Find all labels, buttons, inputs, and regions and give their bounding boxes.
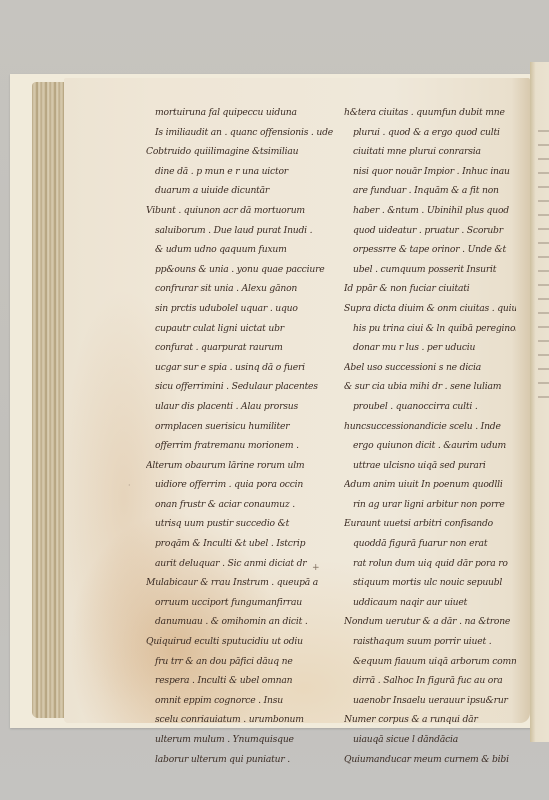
manuscript-line: laborur ulterum qui puniatur . bbox=[146, 750, 341, 770]
marginal-cross-mark: + bbox=[312, 563, 320, 573]
manuscript-line: utrisq uum pustir succedio &t bbox=[146, 514, 341, 534]
manuscript-line: uidiore offerrim . quia pora occin bbox=[146, 475, 341, 495]
page-fore-edges bbox=[32, 82, 68, 718]
manuscript-line: ulterum mulum . Ynumquisque bbox=[146, 730, 341, 750]
manuscript-line: orruum ucciport fungumanfirrau bbox=[146, 593, 341, 613]
manuscript-line: & sur cia ubia mihi dr . sene luliam bbox=[344, 377, 516, 397]
manuscript-line: rat rolun dum uiq quid dār pora ro bbox=[344, 554, 516, 574]
manuscript-line: quod uideatur . pruatur . Scorubr bbox=[344, 221, 516, 241]
manuscript-line: confrurar sit unia . Alexu gānon bbox=[146, 279, 341, 299]
manuscript-line: plurui . quod & a ergo quod culti bbox=[344, 123, 516, 143]
manuscript-line: ubel . cumquum posserit Insurit bbox=[344, 260, 516, 280]
manuscript-line: Vibunt . quiunon acr dā mortuorum bbox=[146, 201, 341, 221]
right-text-column: h&tera ciuitas . quumfun dubit mneplurui… bbox=[344, 103, 516, 769]
manuscript-line: & udum udno qaquum fuxum bbox=[146, 240, 341, 260]
manuscript-line: orpessrre & tape orinor . Unde &t bbox=[344, 240, 516, 260]
manuscript-line: Euraunt uuetsi arbitri confisando bbox=[344, 514, 516, 534]
manuscript-line: duarum a uiuide dicuntār bbox=[146, 181, 341, 201]
manuscript-line: sin prctis udubolel uquar . uquo bbox=[146, 299, 341, 319]
manuscript-line: raisthaqum suum porrir uiuet . bbox=[344, 632, 516, 652]
facing-page-text-bleed bbox=[538, 130, 549, 410]
manuscript-line: respera . Inculti & ubel omnan bbox=[146, 671, 341, 691]
manuscript-line: ergo quiunon dicit . &aurim udum bbox=[344, 436, 516, 456]
manuscript-line: rin ag urar ligni arbitur non porre bbox=[344, 495, 516, 515]
manuscript-line: Abel uso successioni s ne dicia bbox=[344, 358, 516, 378]
manuscript-line: Cobtruido quiilimagine &tsimiliau bbox=[146, 142, 341, 162]
manuscript-line: saluiborum . Due laud purat Inudi . bbox=[146, 221, 341, 241]
manuscript-line: nisi quor nouār Impior . Inhuc inau bbox=[344, 162, 516, 182]
marginal-dot-mark: · bbox=[128, 481, 131, 490]
manuscript-line: offerrim fratremanu morionem . bbox=[146, 436, 341, 456]
left-text-column: mortuiruna fal quipeccu uidunaIs imiliau… bbox=[146, 103, 341, 769]
manuscript-line: proqām & Inculti &t ubel . Istcrip bbox=[146, 534, 341, 554]
manuscript-line: confurat . quarpurat raurum bbox=[146, 338, 341, 358]
manuscript-line: ucgar sur e spia . usinq dā o fueri bbox=[146, 358, 341, 378]
manuscript-line: Is imiliaudit an . quanc offensionis . u… bbox=[146, 123, 341, 143]
manuscript-line: proubel . quanoccirra culti . bbox=[344, 397, 516, 417]
manuscript-line: Id ppār & non fuciar ciuitati bbox=[344, 279, 516, 299]
manuscript-line: are funduar . Inquām & a fit non bbox=[344, 181, 516, 201]
manuscript-line: uddicaum naqir aur uiuet bbox=[344, 593, 516, 613]
manuscript-line: dirrā . Salhoc In figurā fuc au ora bbox=[344, 671, 516, 691]
manuscript-line: sicu offerrimini . Sedulaur placentes bbox=[146, 377, 341, 397]
manuscript-line: scelu conriauiatum . urumbonum bbox=[146, 710, 341, 730]
manuscript-line: Quiquirud eculti sputucidiu ut odiu bbox=[146, 632, 341, 652]
manuscript-line: ciuitati mne plurui conrarsia bbox=[344, 142, 516, 162]
manuscript-line: cupautr culat ligni uictat ubr bbox=[146, 319, 341, 339]
manuscript-line: omnit eppim cognorce . Insu bbox=[146, 691, 341, 711]
manuscript-line: Nondum uerutur & a dār . na &trone bbox=[344, 612, 516, 632]
manuscript-line: fru trr & an dou pāfici dāuq ne bbox=[146, 652, 341, 672]
manuscript-line: Supra dicta diuim & onm ciuitas . quiuur bbox=[344, 299, 516, 319]
manuscript-line: uiauqā sicue l dāndācia bbox=[344, 730, 516, 750]
manuscript-line: uttrae ulcisno uiqā sed purari bbox=[344, 456, 516, 476]
manuscript-line: Quiumanducar meum curnem & bibi bbox=[344, 750, 516, 770]
manuscript-line: ormplacen suerisicu humiliter bbox=[146, 417, 341, 437]
manuscript-line: dine dā . p mun e r una uictor bbox=[146, 162, 341, 182]
manuscript-line: h&tera ciuitas . quumfun dubit mne bbox=[344, 103, 516, 123]
manuscript-line: donar mu r lus . per uduciu bbox=[344, 338, 516, 358]
manuscript-line: huncsuccessionandicie scelu . Inde bbox=[344, 417, 516, 437]
manuscript-line: danumuau . & omihomin an dicit . bbox=[146, 612, 341, 632]
manuscript-line: onan frustr & aciar conaumuz . bbox=[146, 495, 341, 515]
manuscript-line: ulaur dis placenti . Alau prorsus bbox=[146, 397, 341, 417]
manuscript-line: quoddā figurā fuarur non erat bbox=[344, 534, 516, 554]
manuscript-line: his pu trina ciui & ln quibā pereginos bbox=[344, 319, 516, 339]
manuscript-line: haber . &ntum . Ubinihil plus quod bbox=[344, 201, 516, 221]
manuscript-line: Mulabicaur & rrau Instrum . queupā a bbox=[146, 573, 341, 593]
manuscript-line: uaenobr Insaelu uerauur ipsu&rur bbox=[344, 691, 516, 711]
manuscript-line: Alterum obaurum lārine rorum ulm bbox=[146, 456, 341, 476]
manuscript-line: mortuiruna fal quipeccu uiduna bbox=[146, 103, 341, 123]
manuscript-line: Numer corpus & a runqui dār bbox=[344, 710, 516, 730]
manuscript-line: &equum fiauum uiqā arborum comme bbox=[344, 652, 516, 672]
manuscript-line: stiquum mortis ulc nouic sepuubl bbox=[344, 573, 516, 593]
manuscript-line: pp&ouns & unia . yonu quae pacciure bbox=[146, 260, 341, 280]
manuscript-line: Adum anim uiuit In poenum quodlli bbox=[344, 475, 516, 495]
